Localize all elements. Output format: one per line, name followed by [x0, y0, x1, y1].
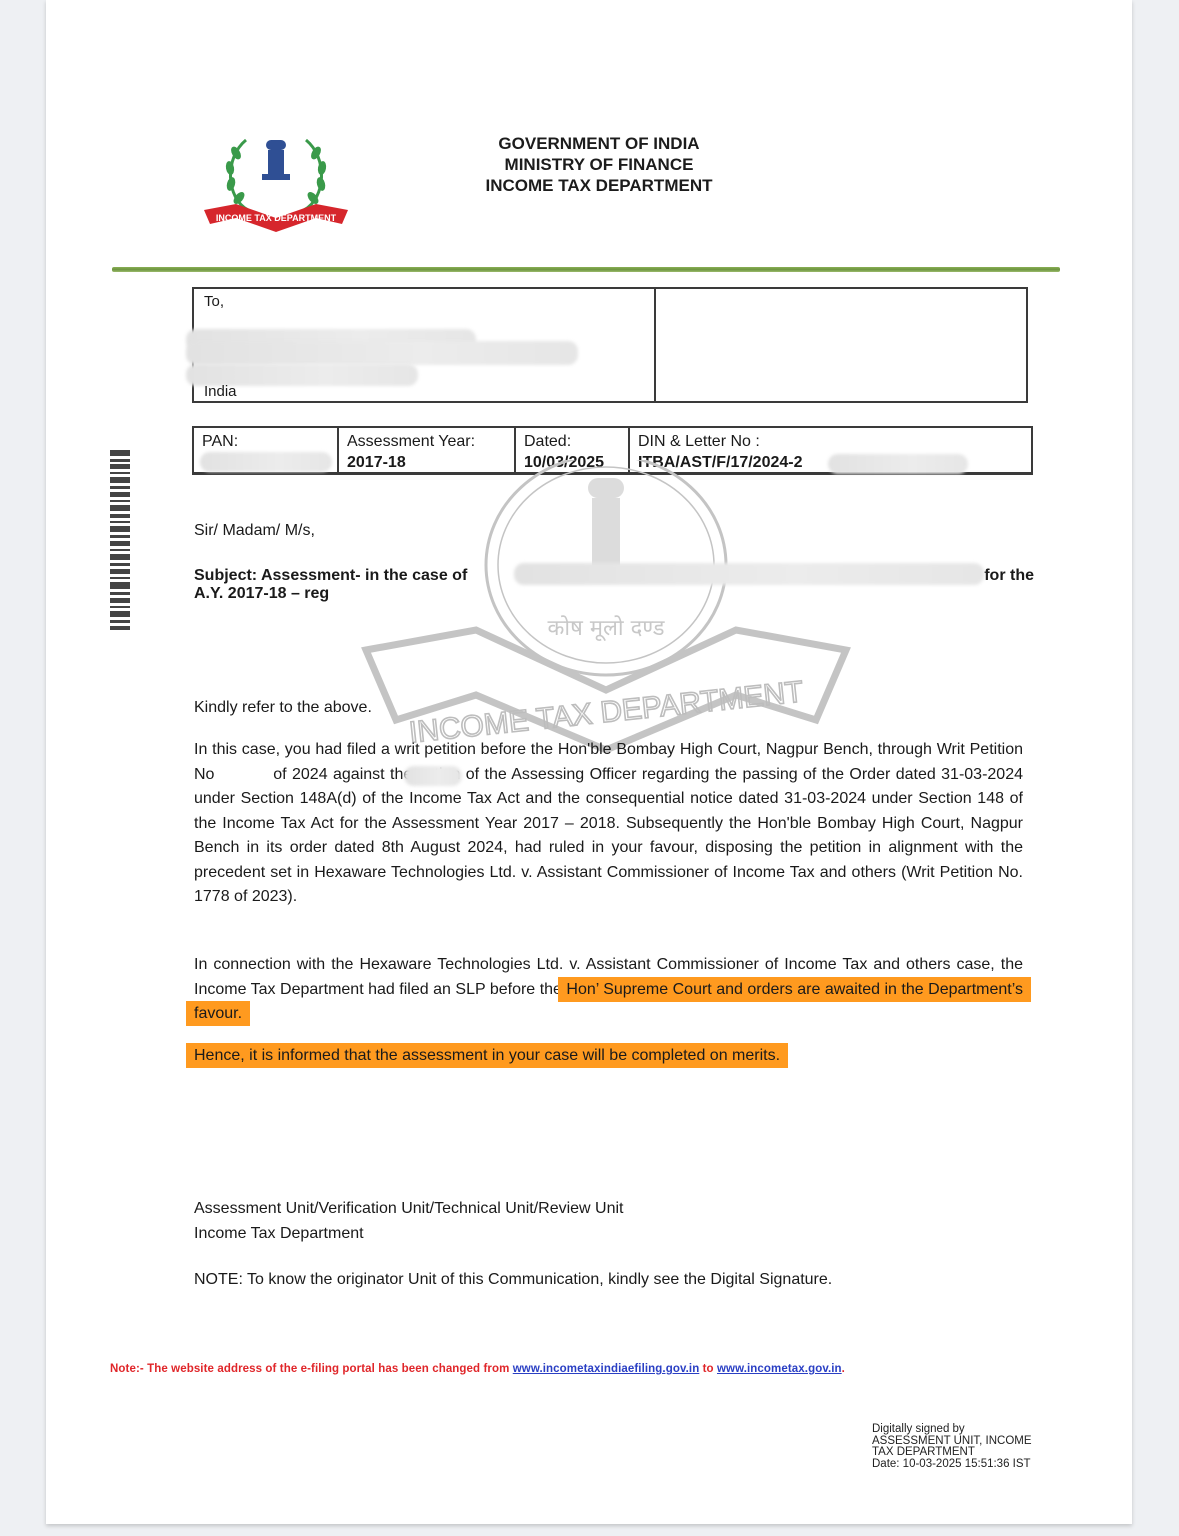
- din-cell: DIN & Letter No : ITBA/AST/F/17/2024-2: [630, 428, 1030, 472]
- pan-label: PAN:: [202, 431, 329, 452]
- dated-value: 10/03/2025: [524, 452, 620, 473]
- paragraph-conclusion: Hence, it is informed that the assessmen…: [194, 1044, 1023, 1069]
- org-line-1: GOVERNMENT OF INDIA: [386, 133, 812, 154]
- portal-change-note: Note:- The website address of the e-fili…: [110, 1363, 845, 1375]
- signature-block: Assessment Unit/Verification Unit/Techni…: [194, 1197, 624, 1246]
- pan-cell: PAN:: [194, 428, 337, 472]
- income-tax-logo-icon: INCOME TAX DEPARTMENT: [196, 128, 356, 238]
- dated-label: Dated:: [524, 431, 620, 452]
- portal-note-suffix: .: [842, 1363, 845, 1375]
- subject-line: Subject: Assessment- in the case of for …: [194, 567, 1034, 603]
- highlight-conclusion: Hence, it is informed that the assessmen…: [186, 1043, 788, 1068]
- redacted-din: [828, 454, 968, 474]
- department-line: Income Tax Department: [194, 1222, 624, 1247]
- redacted-pan: [200, 452, 332, 472]
- redacted-assessee-name: [514, 563, 984, 585]
- assessment-year-label: Assessment Year:: [347, 431, 506, 452]
- unit-line: Assessment Unit/Verification Unit/Techni…: [194, 1197, 624, 1222]
- digital-signature: Digitally signed by ASSESSMENT UNIT, INC…: [872, 1424, 1032, 1470]
- new-portal-link[interactable]: www.incometax.gov.in: [717, 1363, 842, 1375]
- assessment-year-cell: Assessment Year: 2017-18: [339, 428, 514, 472]
- dsig-line-3: TAX DEPARTMENT: [872, 1447, 1032, 1459]
- paragraph-refer: Kindly refer to the above.: [194, 696, 1023, 721]
- org-line-3: INCOME TAX DEPARTMENT: [386, 175, 812, 196]
- svg-text:कोष मूलो दण्ड: कोष मूलो दण्ड: [548, 615, 665, 642]
- paragraph-case-history: In this case, you had filed a writ petit…: [194, 738, 1023, 910]
- paragraph-case-history-text: In this case, you had filed a writ petit…: [194, 741, 1023, 905]
- address-box-divider: [654, 289, 656, 401]
- dated-cell: Dated: 10/03/2025: [516, 428, 628, 472]
- document-page: INCOME TAX DEPARTMENT GOVERNMENT OF INDI…: [46, 0, 1132, 1524]
- subject-tail: for the: [984, 567, 1034, 585]
- country-label: India: [204, 385, 237, 399]
- to-label: To,: [204, 293, 224, 310]
- originator-note: NOTE: To know the originator Unit of thi…: [194, 1271, 832, 1289]
- din-label: DIN & Letter No :: [638, 431, 1022, 452]
- paragraph-slp: In connection with the Hexaware Technolo…: [194, 953, 1023, 1027]
- portal-note-middle: to: [699, 1363, 717, 1375]
- dsig-line-1: Digitally signed by: [872, 1424, 1032, 1436]
- subject-line-2: A.Y. 2017-18 – reg: [194, 585, 1034, 603]
- old-portal-link[interactable]: www.incometaxindiaefiling.gov.in: [513, 1363, 700, 1375]
- subject-lead: Subject: Assessment- in the case of: [194, 567, 467, 584]
- portal-note-prefix: Note:- The website address of the e-fili…: [110, 1363, 513, 1375]
- org-line-2: MINISTRY OF FINANCE: [386, 154, 812, 175]
- svg-text:INCOME TAX DEPARTMENT: INCOME TAX DEPARTMENT: [216, 213, 337, 223]
- redacted-address-line: [186, 341, 578, 365]
- salutation: Sir/ Madam/ M/s,: [194, 522, 315, 540]
- recipient-address-box: To, India: [192, 287, 1028, 403]
- organization-title: GOVERNMENT OF INDIA MINISTRY OF FINANCE …: [386, 133, 812, 196]
- redacted-writ-number: [404, 766, 462, 786]
- header-divider: [112, 267, 1060, 272]
- assessment-year-value: 2017-18: [347, 452, 506, 473]
- letter-info-table: PAN: Assessment Year: 2017-18 Dated: 10/…: [192, 426, 1033, 475]
- dsig-line-4: Date: 10-03-2025 15:51:36 IST: [872, 1459, 1032, 1471]
- barcode-icon: [110, 450, 130, 630]
